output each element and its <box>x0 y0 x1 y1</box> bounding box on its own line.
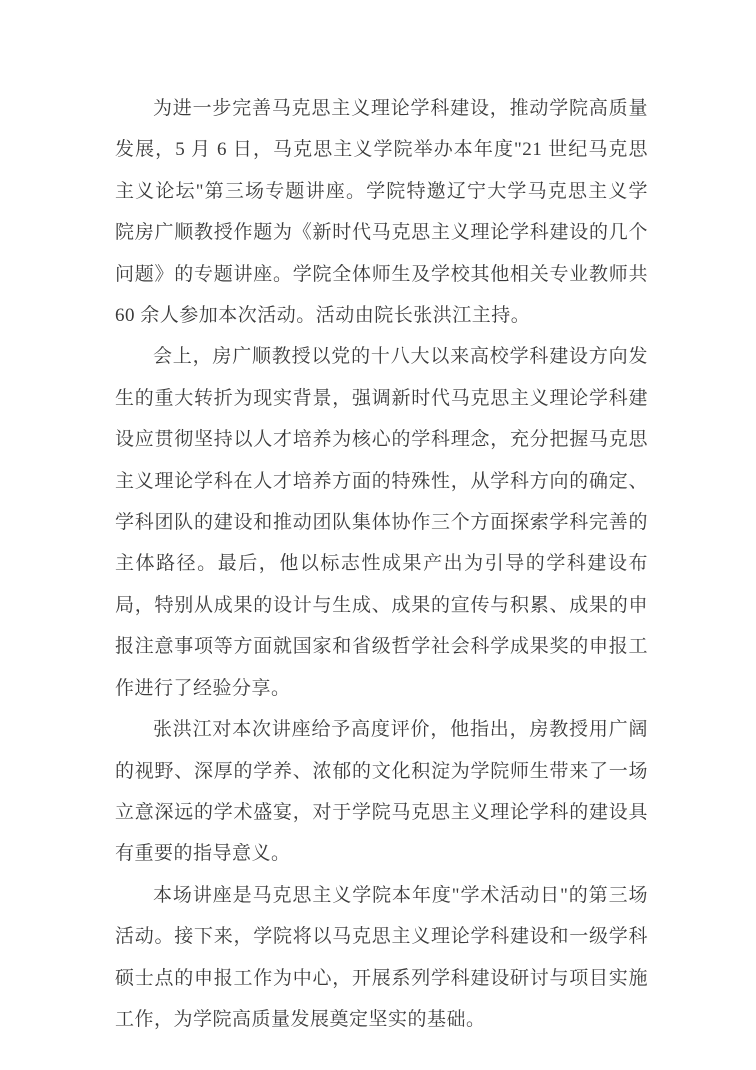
paragraph-lecture-content: 会上，房广顺教授以党的十八大以来高校学科建设方向发生的重大转折为现实背景，强调新… <box>115 336 648 709</box>
paragraph-dean-comment: 张洪江对本次讲座给予高度评价，他指出，房教授用广阔的视野、深厚的学养、浓郁的文化… <box>115 709 648 875</box>
document-body: 为进一步完善马克思主义理论学科建设，推动学院高质量发展，5 月 6 日，马克思主… <box>115 88 648 1040</box>
paragraph-lecture-intro: 为进一步完善马克思主义理论学科建设，推动学院高质量发展，5 月 6 日，马克思主… <box>115 88 648 336</box>
paragraph-closing: 本场讲座是马克思主义学院本年度"学术活动日"的第三场活动。接下来，学院将以马克思… <box>115 875 648 1041</box>
document-page: 为进一步完善马克思主义理论学科建设，推动学院高质量发展，5 月 6 日，马克思主… <box>0 0 756 1070</box>
